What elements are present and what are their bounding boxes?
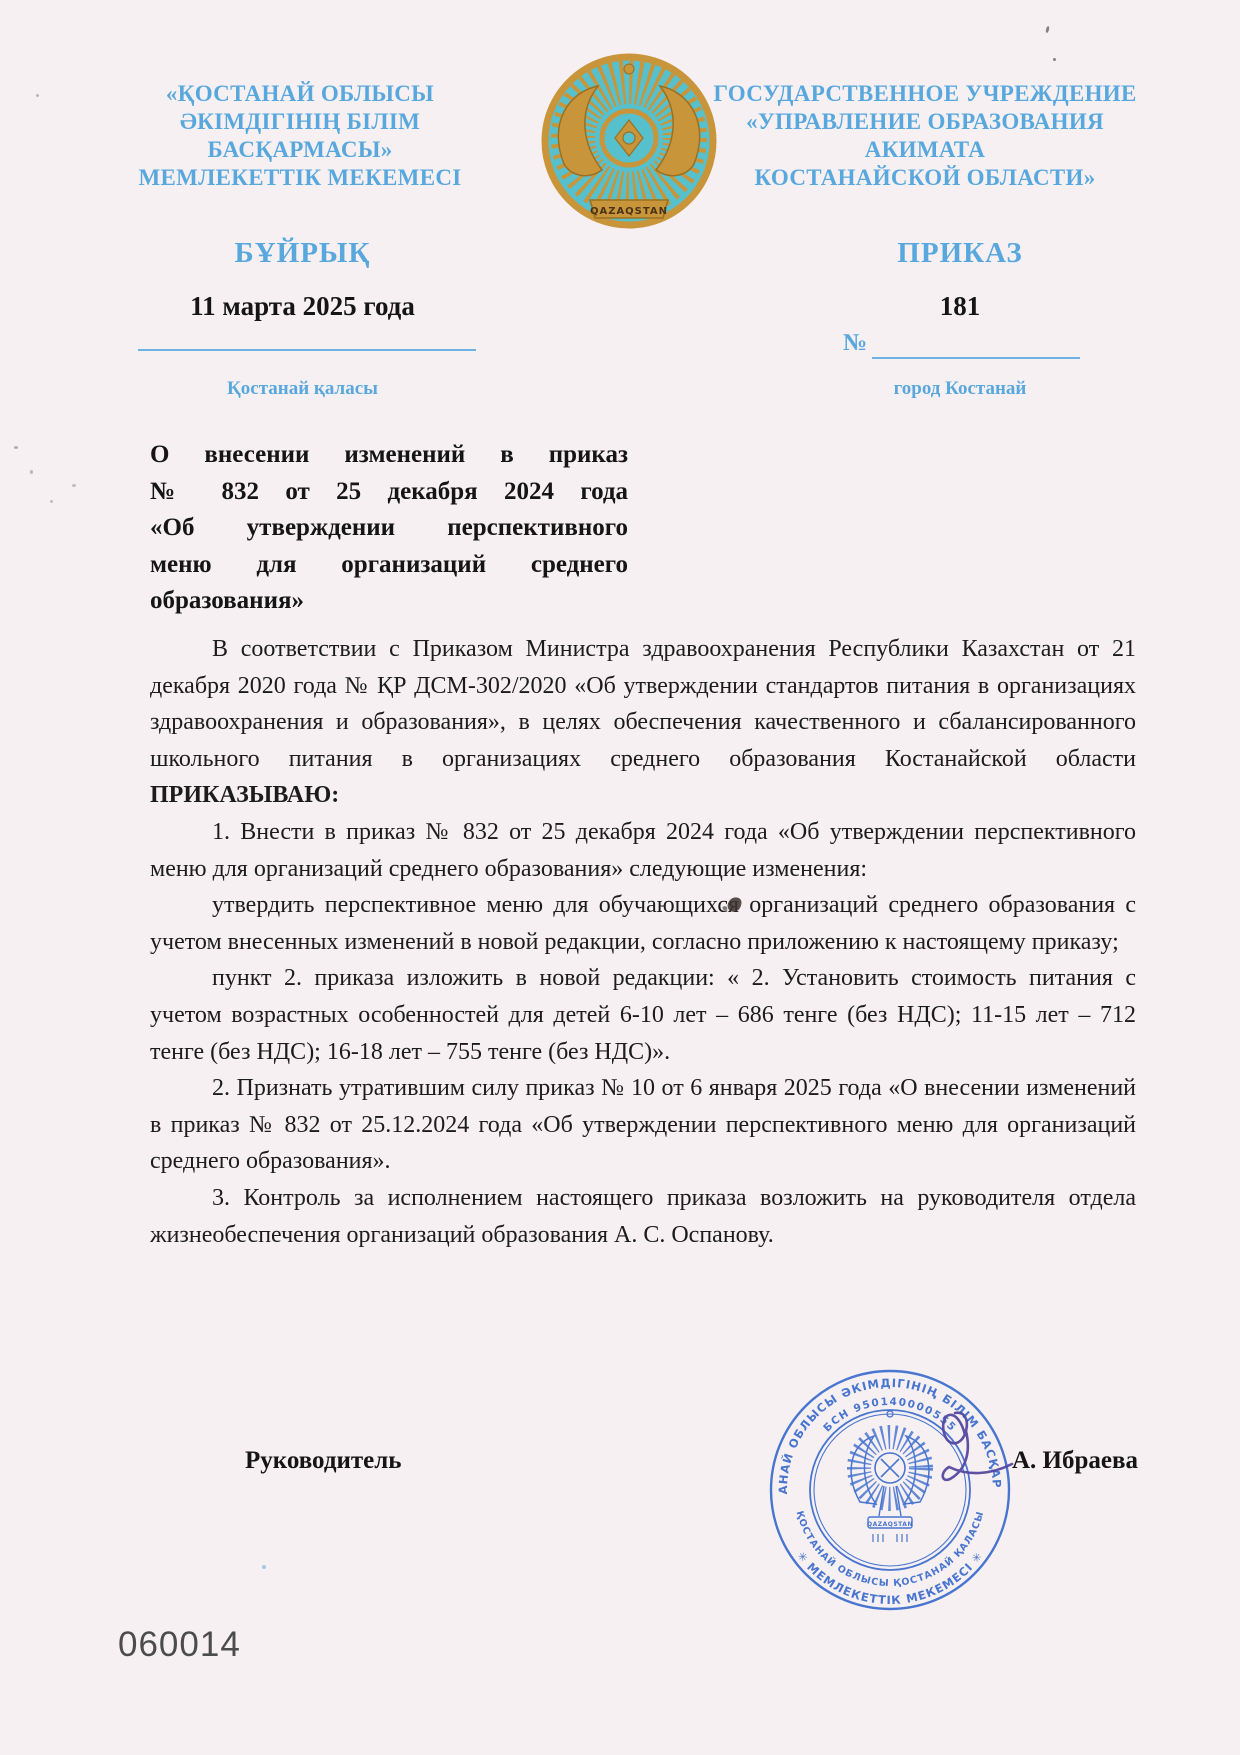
subject-line: «Об утверждении перспективного <box>150 510 628 547</box>
order-subject: О внесении изменений в приказ № 832 от 2… <box>150 437 628 620</box>
city-label-kazakh: Қостанай қаласы <box>105 378 500 400</box>
paragraph-item-3: 3. Контроль за исполнением настоящего пр… <box>150 1180 1136 1253</box>
stamp-center-banner-text: QAZAQSTAN <box>867 1521 913 1528</box>
subject-line: меню для организаций среднего <box>150 547 628 584</box>
paragraph-item-1: 1. Внести в приказ № 832 от 25 декабря 2… <box>150 814 1136 887</box>
org-name-kk-line: ӘКІМДІГІНІҢ БІЛІМ <box>100 108 500 136</box>
scanned-order-document: «ҚОСТАНАЙ ОБЛЫСЫ ӘКІМДІГІНІҢ БІЛІМ БАСҚА… <box>0 0 1240 1755</box>
org-name-ru-line: КОСТАНАЙСКОЙ ОБЛАСТИ» <box>680 164 1170 192</box>
subject-line: О внесении изменений в приказ <box>150 437 628 474</box>
order-number: 181 <box>740 291 1180 322</box>
scan-speck <box>50 500 53 503</box>
paragraph-item-1b: пункт 2. приказа изложить в новой редакц… <box>150 960 1136 1070</box>
scan-speck <box>30 470 33 474</box>
order-body: В соответствии с Приказом Министра здрав… <box>150 631 1136 1253</box>
official-stamp: «ҚОСТАНАЙ ОБЛЫСЫ ӘКІМДІГІНІҢ БІЛІМ БАСҚА… <box>740 1340 1040 1640</box>
org-name-russian: ГОСУДАРСТВЕННОЕ УЧРЕЖДЕНИЕ «УПРАВЛЕНИЕ О… <box>680 80 1170 192</box>
signature-position-title: Руководитель <box>245 1447 402 1475</box>
org-name-ru-line: «УПРАВЛЕНИЕ ОБРАЗОВАНИЯ <box>680 108 1170 136</box>
city-label-russian: город Костанай <box>740 378 1180 400</box>
order-date: 11 марта 2025 года <box>105 291 500 322</box>
paragraph-item-1a: утвердить перспективное меню для обучающ… <box>150 887 1136 960</box>
paragraph-preamble: В соответствии с Приказом Министра здрав… <box>150 631 1136 814</box>
scan-speck <box>1053 58 1056 61</box>
org-name-kazakh: «ҚОСТАНАЙ ОБЛЫСЫ ӘКІМДІГІНІҢ БІЛІМ БАСҚА… <box>100 80 500 192</box>
subject-line: № 832 от 25 декабря 2024 года <box>150 474 628 511</box>
number-underline <box>872 357 1080 359</box>
scan-speck <box>1045 26 1050 34</box>
scan-speck <box>36 94 39 97</box>
scan-speck <box>72 484 76 487</box>
footer-code: 060014 <box>118 1625 241 1665</box>
org-name-kk-line: МЕМЛЕКЕТТІК МЕКЕМЕСІ <box>100 164 500 192</box>
order-title-kazakh: БҰЙРЫҚ <box>105 237 500 270</box>
order-title-russian: ПРИКАЗ <box>740 237 1180 270</box>
org-name-ru-line: ГОСУДАРСТВЕННОЕ УЧРЕЖДЕНИЕ <box>680 80 1170 108</box>
org-name-ru-line: АКИМАТА <box>680 136 1170 164</box>
org-name-kk-line: «ҚОСТАНАЙ ОБЛЫСЫ <box>100 80 500 108</box>
org-name-kk-line: БАСҚАРМАСЫ» <box>100 136 500 164</box>
date-underline <box>138 349 476 351</box>
paragraph-item-2: 2. Признать утратившим силу приказ № 10 … <box>150 1070 1136 1180</box>
number-sign: № <box>843 330 867 357</box>
emblem-banner-text: QAZAQSTAN <box>590 206 668 217</box>
prikazyvayu-word: ПРИКАЗЫВАЮ: <box>150 782 339 808</box>
scan-speck <box>14 446 18 449</box>
scan-speck <box>262 1565 266 1569</box>
subject-line: образования» <box>150 583 628 620</box>
